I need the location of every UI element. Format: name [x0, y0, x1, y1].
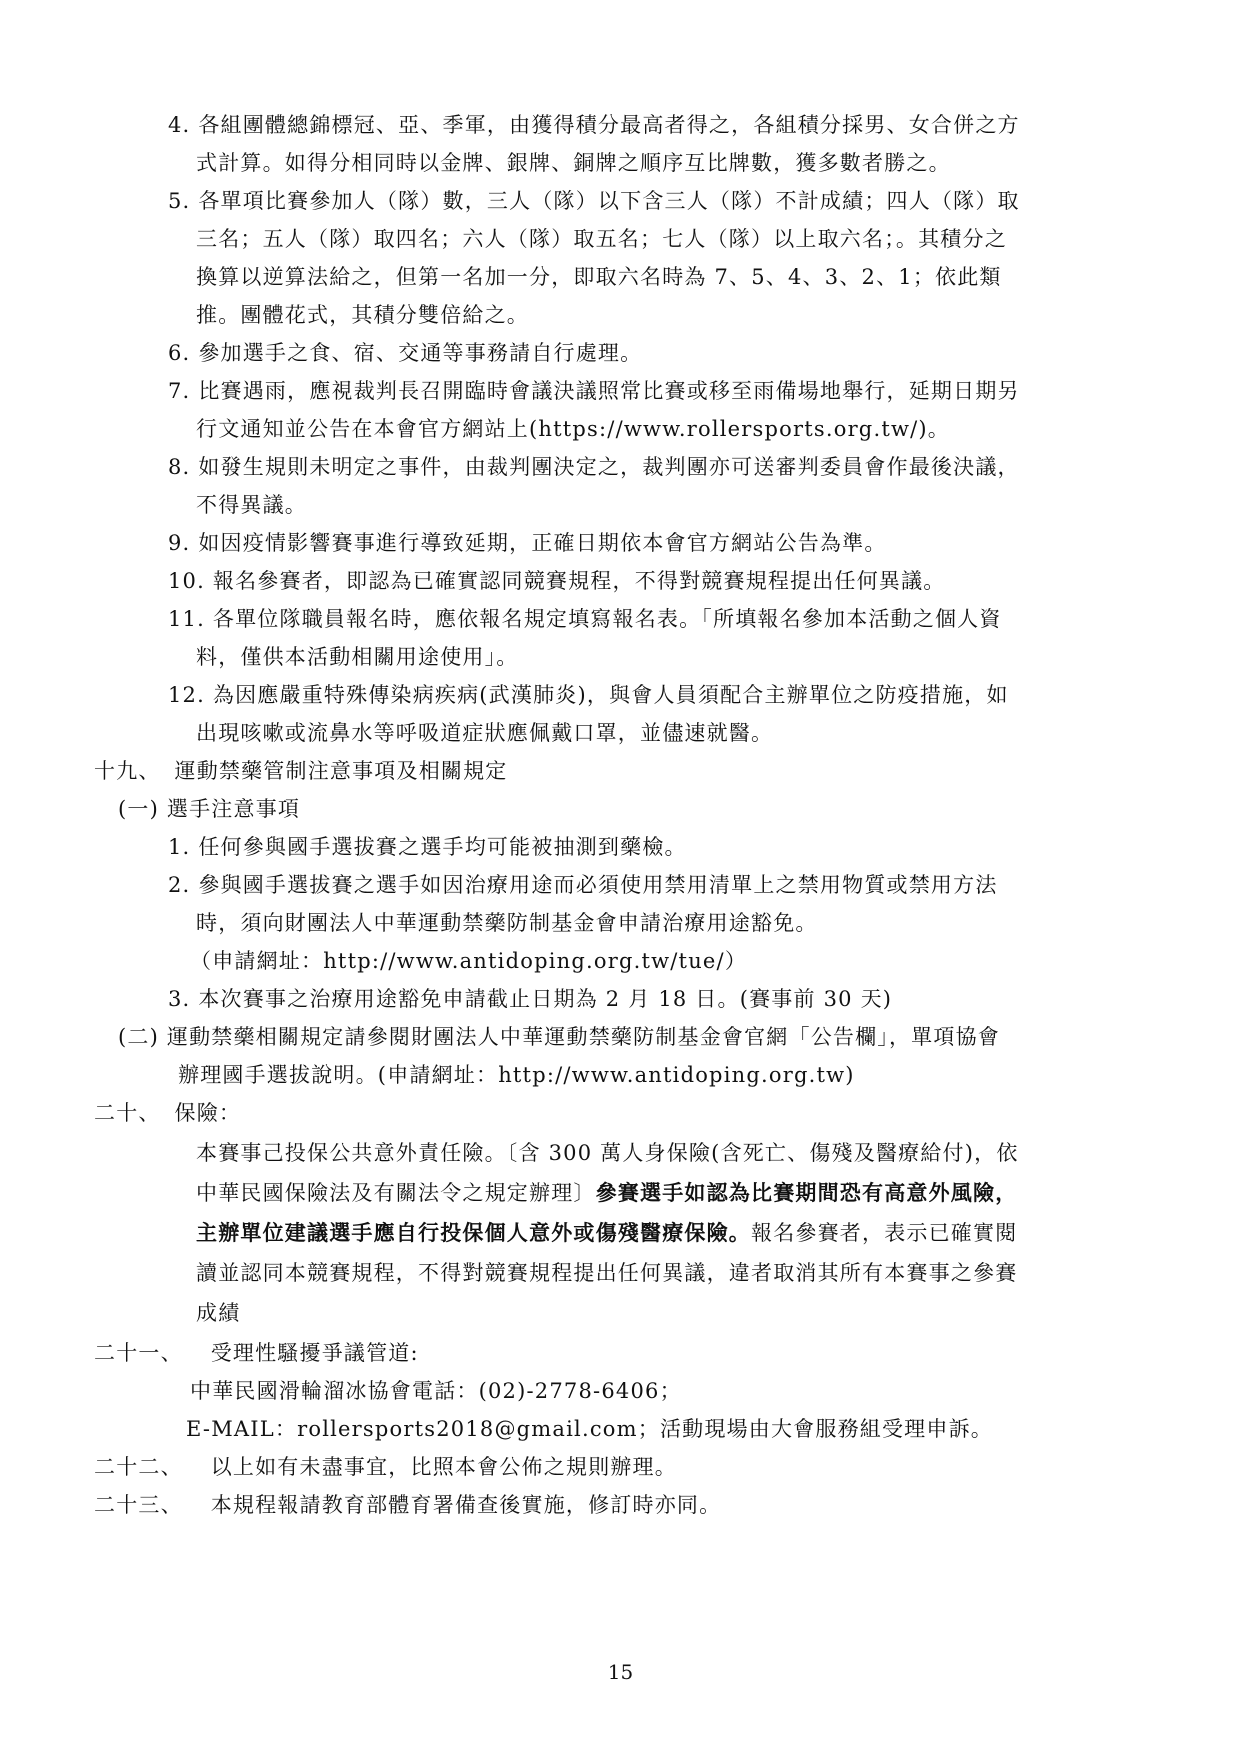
- insurance-line-1: 本賽事己投保公共意外責任險。〔含 300 萬人身保險(含死亡、傷殘及醫療給付)，…: [196, 1140, 1019, 1166]
- item-text: 參與國手選拔賽之選手如因治療用途而必須使用禁用清單上之禁用物質或禁用方法: [198, 873, 997, 897]
- item-continuation: 料，僅供本活動相關用途使用」。: [196, 644, 519, 670]
- item-number: 10.: [168, 568, 205, 594]
- subsection-text: 運動禁藥相關規定請參閱財團法人中華運動禁藥防制基金會官網「公告欄」，單項協會: [167, 1025, 1000, 1049]
- item-text: 任何參與國手選拔賽之選手均可能被抽測到藥檢。: [198, 835, 686, 859]
- list-item-5: 5. 各單項比賽參加人（隊）數，三人（隊）以下含三人（隊）不計成績；四人（隊）取: [168, 188, 1020, 214]
- subsection-number: (二): [118, 1025, 159, 1049]
- item-number: 6.: [168, 340, 190, 366]
- item-number: 8.: [168, 454, 190, 480]
- section-number: 十九、: [94, 759, 161, 783]
- subsection-heading-1: (一) 選手注意事項: [118, 796, 300, 822]
- item-text: 比賽遇雨，應視裁判長召開臨時會議決議照常比賽或移至雨備場地舉行，延期日期另: [198, 379, 1019, 403]
- item-text: 各單項比賽參加人（隊）數，三人（隊）以下含三人（隊）不計成績；四人（隊）取: [198, 189, 1019, 213]
- item-continuation: 式計算。如得分相同時以金牌、銀牌、銅牌之順序互比牌數，獲多數者勝之。: [196, 150, 951, 176]
- doping-item-2: 2. 參與國手選拔賽之選手如因治療用途而必須使用禁用清單上之禁用物質或禁用方法: [168, 872, 998, 898]
- insurance-line-3: 主辦單位建議選手應自行投保個人意外或傷殘醫療保險。報名參賽者，表示已確實閱: [196, 1220, 1017, 1246]
- section-title: 以上如有未盡事宜，比照本會公佈之規則辦理。: [211, 1455, 677, 1479]
- item-text: 如因疫情影響賽事進行導致延期，正確日期依本會官方網站公告為準。: [198, 531, 886, 555]
- insurance-text: 報名參賽者，表示已確實閱: [751, 1221, 1017, 1245]
- item-continuation: 不得異議。: [196, 492, 307, 518]
- item-text: 如發生規則未明定之事件，由裁判團決定之，裁判團亦可送審判委員會作最後決議，: [198, 455, 1019, 479]
- subsection-title: 選手注意事項: [167, 797, 300, 821]
- item-text: 各組團體總錦標冠、亞、季軍，由獲得積分最高者得之，各組積分採男、女合併之方: [198, 113, 1019, 137]
- insurance-text: 中華民國保險法及有關法令之規定辦理〕: [196, 1181, 596, 1205]
- section-title: 受理性騷擾爭議管道:: [211, 1341, 419, 1365]
- item-continuation: 三名；五人（隊）取四名；六人（隊）取五名；七人（隊）以上取六名；。其積分之: [196, 226, 1007, 252]
- doping-item-3: 3. 本次賽事之治療用途豁免申請截止日期為 2 月 18 日。(賽事前 30 天…: [168, 986, 892, 1012]
- list-item-6: 6. 參加選手之食、宿、交通等事務請自行處理。: [168, 340, 642, 366]
- list-item-8: 8. 如發生規則未明定之事件，由裁判團決定之，裁判團亦可送審判委員會作最後決議，: [168, 454, 1020, 480]
- section-title: 保險：: [175, 1101, 242, 1125]
- list-item-11: 11. 各單位隊職員報名時，應依報名規定填寫報名表。「所填報名參加本活動之個人資: [168, 606, 1002, 632]
- doping-item-1: 1. 任何參與國手選拔賽之選手均可能被抽測到藥檢。: [168, 834, 687, 860]
- item-continuation: 時，須向財團法人中華運動禁藥防制基金會申請治療用途豁免。: [196, 910, 818, 936]
- insurance-line-5: 成績: [196, 1300, 240, 1326]
- section-number: 二十一、: [94, 1341, 183, 1365]
- item-text: 本次賽事之治療用途豁免申請截止日期為 2 月 18 日。(賽事前 30 天): [198, 987, 892, 1011]
- insurance-line-4: 讀並認同本競賽規程，不得對競賽規程提出任何異議，違者取消其所有本賽事之參賽: [196, 1260, 1017, 1286]
- insurance-warning: 主辦單位建議選手應自行投保個人意外或傷殘醫療保險。: [196, 1220, 751, 1245]
- document-page: 4. 各組團體總錦標冠、亞、季軍，由獲得積分最高者得之，各組積分採男、女合併之方…: [0, 0, 1241, 1755]
- item-number: 2.: [168, 872, 190, 898]
- item-text: 報名參賽者，即認為已確實認同競賽規程，不得對競賽規程提出任何異議。: [213, 569, 946, 593]
- subsection-number: (一): [118, 797, 159, 821]
- section-title: 運動禁藥管制注意事項及相關規定: [175, 759, 508, 783]
- section-number: 二十、: [94, 1101, 161, 1125]
- contact-phone: 中華民國滑輪溜冰協會電話：(02)-2778-6406；: [190, 1378, 682, 1404]
- section-title: 本規程報請教育部體育署備查後實施，修訂時亦同。: [211, 1493, 722, 1517]
- page-number: 15: [0, 1660, 1241, 1684]
- subsection-continuation: 辦理國手選拔說明。(申請網址：http://www.antidoping.org…: [178, 1062, 855, 1088]
- tue-url-line: （申請網址：http://www.antidoping.org.tw/tue/）: [190, 948, 747, 974]
- item-text: 各單位隊職員報名時，應依報名規定填寫報名表。「所填報名參加本活動之個人資: [213, 607, 1002, 631]
- subsection-2: (二) 運動禁藥相關規定請參閱財團法人中華運動禁藥防制基金會官網「公告欄」，單項…: [118, 1024, 1000, 1050]
- item-continuation: 換算以逆算法給之，但第一名加一分，即取六名時為 7、5、4、3、2、1；依此類: [196, 264, 1002, 290]
- item-number: 12.: [168, 682, 205, 708]
- item-text: 為因應嚴重特殊傳染病疾病(武漢肺炎)，與會人員須配合主辦單位之防疫措施，如: [213, 683, 1009, 707]
- insurance-line-2: 中華民國保險法及有關法令之規定辦理〕參賽選手如認為比賽期間恐有高意外風險，: [196, 1180, 1017, 1206]
- section-number: 二十二、: [94, 1455, 183, 1479]
- section-number: 二十三、: [94, 1493, 183, 1517]
- item-continuation: 推。團體花式，其積分雙倍給之。: [196, 302, 529, 328]
- list-item-12: 12. 為因應嚴重特殊傳染病疾病(武漢肺炎)，與會人員須配合主辦單位之防疫措施，…: [168, 682, 1009, 708]
- item-continuation: 行文通知並公告在本會官方網站上(https://www.rollersports…: [196, 416, 950, 442]
- section-heading-19: 十九、 運動禁藥管制注意事項及相關規定: [94, 758, 508, 784]
- section-heading-20: 二十、 保險：: [94, 1100, 241, 1126]
- item-number: 3.: [168, 986, 190, 1012]
- item-number: 4.: [168, 112, 190, 138]
- item-text: 參加選手之食、宿、交通等事務請自行處理。: [198, 341, 642, 365]
- item-continuation: 出現咳嗽或流鼻水等呼吸道症狀應佩戴口罩，並儘速就醫。: [196, 720, 773, 746]
- item-number: 7.: [168, 378, 190, 404]
- section-heading-23: 二十三、 本規程報請教育部體育署備查後實施，修訂時亦同。: [94, 1492, 721, 1518]
- section-heading-22: 二十二、 以上如有未盡事宜，比照本會公佈之規則辦理。: [94, 1454, 677, 1480]
- insurance-warning: 參賽選手如認為比賽期間恐有高意外風險，: [596, 1180, 1018, 1205]
- contact-email: E-MAIL：rollersports2018@gmail.com；活動現場由大…: [186, 1416, 993, 1442]
- item-number: 5.: [168, 188, 190, 214]
- list-item-10: 10. 報名參賽者，即認為已確實認同競賽規程，不得對競賽規程提出任何異議。: [168, 568, 946, 594]
- item-number: 11.: [168, 606, 205, 632]
- item-number: 9.: [168, 530, 190, 556]
- item-number: 1.: [168, 834, 190, 860]
- list-item-4: 4. 各組團體總錦標冠、亞、季軍，由獲得積分最高者得之，各組積分採男、女合併之方: [168, 112, 1020, 138]
- section-heading-21: 二十一、 受理性騷擾爭議管道:: [94, 1340, 419, 1366]
- list-item-7: 7. 比賽遇雨，應視裁判長召開臨時會議決議照常比賽或移至雨備場地舉行，延期日期另: [168, 378, 1020, 404]
- list-item-9: 9. 如因疫情影響賽事進行導致延期，正確日期依本會官方網站公告為準。: [168, 530, 887, 556]
